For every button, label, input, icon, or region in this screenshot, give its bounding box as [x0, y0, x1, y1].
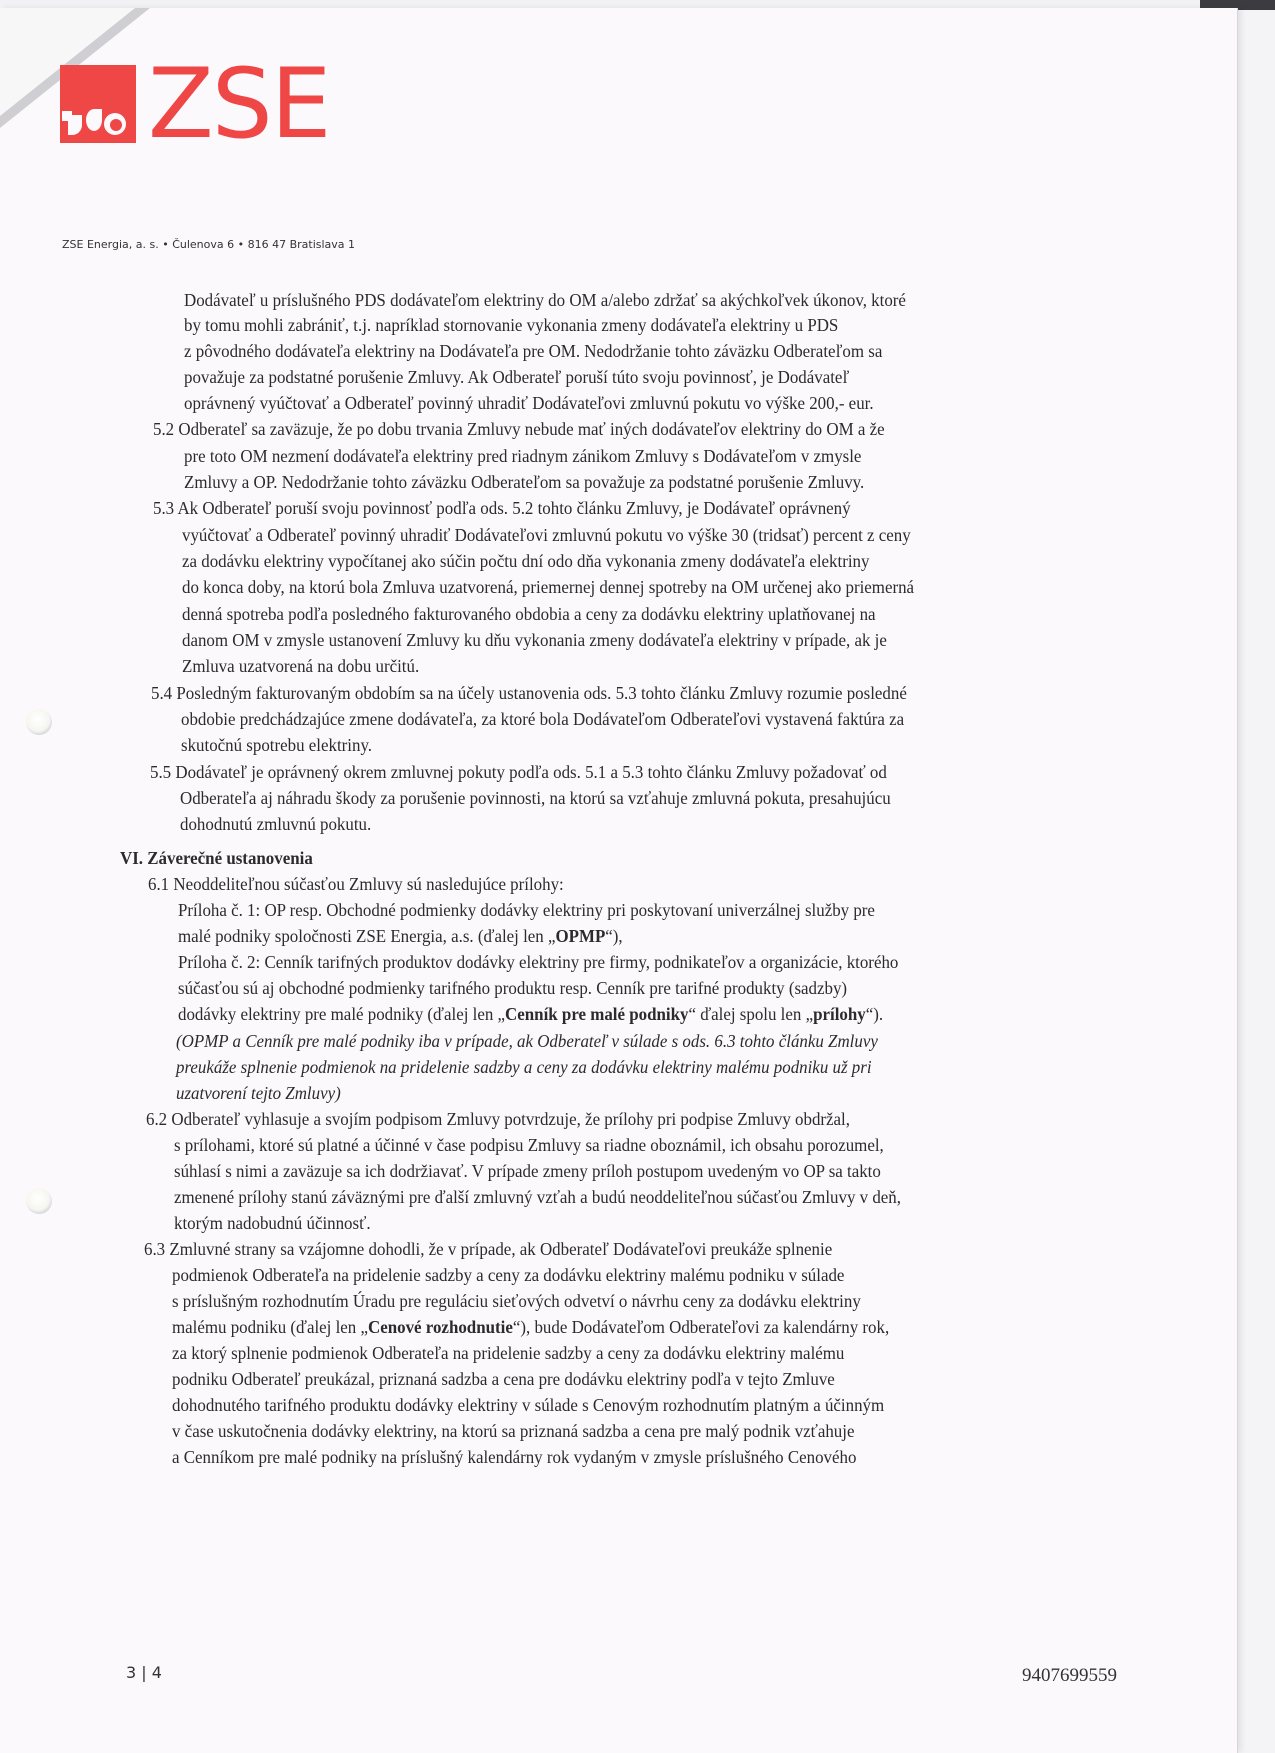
text-line: 5.2 Odberateľ sa zaväzuje, že po dobu tr… [153, 418, 885, 440]
section-heading: VI. Záverečné ustanovenia [120, 847, 313, 869]
text-line: uzatvorení tejto Zmluvy) [176, 1082, 341, 1104]
text-line: danom OM v zmysle ustanovení Zmluvy ku d… [182, 629, 887, 651]
text-line: Zmluvy a OP. Nedodržanie tohto záväzku O… [184, 471, 864, 493]
text-line: 6.2 Odberateľ vyhlasuje a svojím podpiso… [146, 1108, 850, 1130]
text-line: z pôvodného dodávateľa elektriny na Dodá… [184, 340, 882, 362]
text-line: s prílohami, ktoré sú platné a účinné v … [174, 1134, 884, 1156]
text-line: za dodávku elektriny vypočítanej ako súč… [182, 550, 869, 572]
text-line: dodávky elektriny pre malé podniky (ďale… [178, 1003, 883, 1025]
text-line: by tomu mohli zabrániť, t.j. napríklad s… [184, 314, 838, 336]
text-line: podniku Odberateľ preukázal, priznaná sa… [172, 1368, 835, 1390]
company-address: ZSE Energia, a. s. • Čulenova 6 • 816 47… [62, 238, 355, 251]
text-line: skutočnú spotrebu elektriny. [181, 734, 372, 756]
text-line: vyúčtovať a Odberateľ povinný uhradiť Do… [182, 524, 911, 546]
punch-hole-top [26, 709, 52, 735]
zse-logo-text: ZSE [148, 65, 329, 143]
text-line: a Cenníkom pre malé podniky na príslušný… [172, 1446, 856, 1468]
text-line: ktorým nadobudnú účinnosť. [174, 1212, 371, 1234]
text-line: Príloha č. 2: Cenník tarifných produktov… [178, 951, 898, 973]
text-line: malému podniku (ďalej len „Cenové rozhod… [172, 1316, 889, 1338]
text-line: do konca doby, na ktorú bola Zmluva uzat… [182, 576, 914, 598]
document-id: 9407699559 [1022, 1665, 1117, 1687]
text-line: 5.3 Ak Odberateľ poruší svoju povinnosť … [153, 497, 851, 519]
text-line: pre toto OM nezmení dodávateľa elektriny… [184, 445, 861, 467]
text-line: považuje za podstatné porušenie Zmluvy. … [184, 366, 849, 388]
text-line: 5.4 Posledným fakturovaným obdobím sa na… [151, 682, 907, 704]
scanner-edge [1238, 0, 1275, 1753]
text-line: (OPMP a Cenník pre malé podniky iba v pr… [176, 1030, 878, 1052]
zse-logo: ZSE [60, 65, 329, 143]
text-line: dohodnutú zmluvnú pokutu. [180, 813, 371, 835]
text-line: podmienok Odberateľa na pridelenie sadzb… [172, 1264, 844, 1286]
text-line: Zmluva uzatvorená na dobu určitú. [182, 655, 419, 677]
page-number: 3 | 4 [126, 1663, 162, 1682]
punch-hole-bottom [26, 1188, 52, 1214]
text-line: s príslušným rozhodnutím Úradu pre regul… [172, 1290, 861, 1312]
text-line: 5.5 Dodávateľ je oprávnený okrem zmluvne… [150, 761, 887, 783]
text-line: preukáže splnenie podmienok na prideleni… [176, 1056, 872, 1078]
text-line: 6.1 Neoddeliteľnou súčasťou Zmluvy sú na… [148, 873, 564, 895]
text-line: malé podniky spoločnosti ZSE Energia, a.… [178, 925, 623, 947]
document-page: ZSE ZSE Energia, a. s. • Čulenova 6 • 81… [0, 8, 1238, 1753]
text-line: obdobie predchádzajúce zmene dodávateľa,… [181, 708, 904, 730]
text-line: denná spotreba podľa posledného fakturov… [182, 603, 876, 625]
text-line: v čase uskutočnenia dodávky elektriny, n… [172, 1420, 854, 1442]
text-line: 6.3 Zmluvné strany sa vzájomne dohodli, … [144, 1238, 832, 1260]
text-line: súčasťou sú aj obchodné podmienky tarifn… [178, 977, 847, 999]
text-line: dohodnutého tarifného produktu dodávky e… [172, 1394, 884, 1416]
text-line: Príloha č. 1: OP resp. Obchodné podmienk… [178, 899, 875, 921]
zse-logo-icon [60, 65, 136, 143]
text-line: Dodávateľ u príslušného PDS dodávateľom … [184, 289, 906, 311]
text-line: za ktorý splnenie podmienok Odberateľa n… [172, 1342, 844, 1364]
text-line: súhlasí s nimi a zaväzuje sa ich dodržia… [174, 1160, 881, 1182]
text-line: zmenené prílohy stanú záväznými pre ďalš… [174, 1186, 901, 1208]
text-line: oprávnený vyúčtovať a Odberateľ povinný … [184, 392, 874, 414]
text-line: Odberateľa aj náhradu škody za porušenie… [180, 787, 891, 809]
